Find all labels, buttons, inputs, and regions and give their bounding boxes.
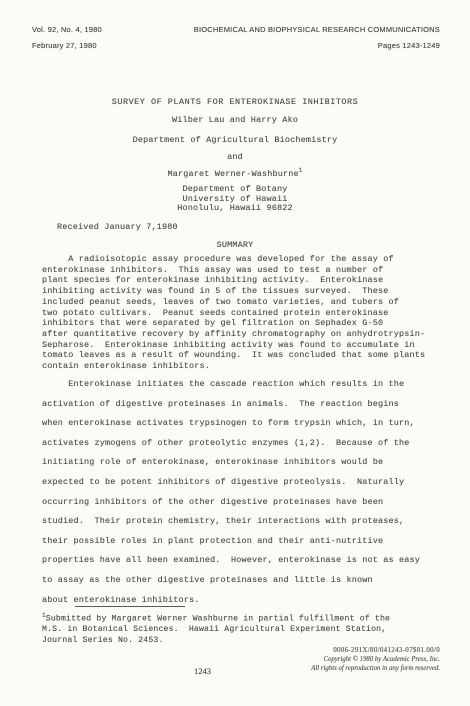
author-2-footnote-mark: 1 bbox=[299, 167, 303, 174]
footnote: 1Submitted by Margaret Werner Washburne … bbox=[42, 611, 442, 646]
journal-header-right: BIOCHEMICAL AND BIOPHYSICAL RESEARCH COM… bbox=[194, 22, 440, 54]
affiliation-1: Department of Agricultural Biochemistry bbox=[0, 135, 470, 145]
author-2-name: Margaret Werner-Washburne bbox=[167, 169, 298, 179]
author-2: Margaret Werner-Washburne1 bbox=[0, 167, 470, 179]
article-title: SURVEY OF PLANTS FOR ENTEROKINASE INHIBI… bbox=[0, 97, 470, 107]
journal-header-left: Vol. 92, No. 4, 1980 February 27, 1980 bbox=[32, 22, 102, 54]
affiliation-2: Department of Botany University of Hawai… bbox=[0, 185, 470, 214]
issn-code-line: 0006-291X/80/041243-07$01.00/0 bbox=[311, 645, 440, 655]
page-number: 1243 bbox=[194, 666, 211, 676]
journal-name: BIOCHEMICAL AND BIOPHYSICAL RESEARCH COM… bbox=[194, 22, 440, 38]
footnote-text: Submitted by Margaret Werner Washburne i… bbox=[42, 615, 390, 645]
footer-copyright-block: 0006-291X/80/041243-07$01.00/0 Copyright… bbox=[311, 645, 440, 673]
summary-heading: SUMMARY bbox=[0, 240, 470, 250]
body-paragraph: Enterokinase initiates the cascade react… bbox=[42, 375, 442, 610]
volume-line: Vol. 92, No. 4, 1980 bbox=[32, 22, 102, 38]
issue-date-line: February 27, 1980 bbox=[32, 38, 102, 54]
summary-paragraph: A radioisotopic assay procedure was deve… bbox=[42, 254, 442, 372]
authors-line: Wilber Lau and Harry Ako bbox=[0, 115, 470, 125]
copyright-line: Copyright © 1980 by Academic Press, Inc. bbox=[311, 655, 440, 664]
received-line: Received January 7,1980 bbox=[57, 222, 178, 232]
conjunction-and: and bbox=[0, 152, 470, 162]
footnote-rule bbox=[75, 606, 185, 607]
rights-line: All rights of reproduction in any form r… bbox=[311, 664, 440, 673]
pages-range: Pages 1243-1249 bbox=[194, 38, 440, 54]
journal-page: { "colors": { "paper": "#fbfbf8", "ink":… bbox=[0, 0, 470, 706]
